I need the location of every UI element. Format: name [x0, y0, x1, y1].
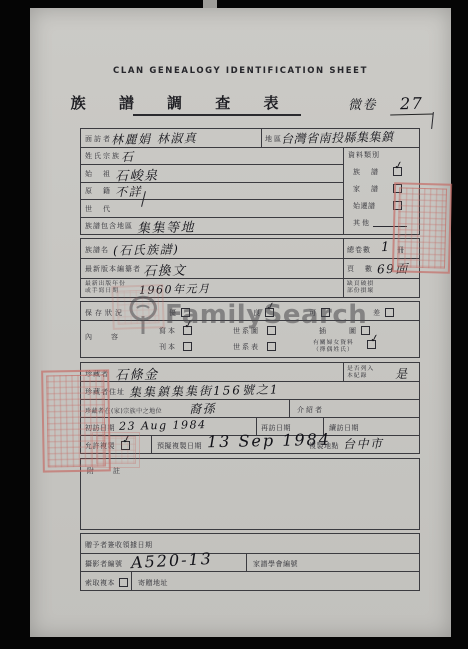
field-copy-place-value: 台中市 — [343, 435, 384, 453]
option-poor-checkbox — [385, 308, 394, 317]
field-origin-label: 原 籍 — [85, 186, 112, 196]
field-title-label: 族譜名 — [85, 245, 109, 255]
red-seal-stamp-right — [392, 182, 452, 273]
option-poor-label: 差 — [373, 308, 382, 318]
field-copy-date-label: 預擬複製日期 — [157, 441, 202, 451]
field-mailing-address-label: 寄贈地址 — [138, 578, 168, 588]
field-position-value: 裔孫 — [189, 400, 216, 418]
scanned-page: CLAN GENEALOGY IDENTIFICATION SHEET 族 譜 … — [0, 0, 468, 649]
damage-label-line1: 缺頁破損 — [347, 281, 374, 287]
field-founder-label: 始 祖 — [85, 169, 112, 179]
field-damage-label: 缺頁破損部份損壞 — [347, 281, 374, 294]
field-address-value: 集集鎮集集街156號之1 — [129, 380, 280, 400]
row-divider — [81, 258, 419, 259]
stamp-pattern — [96, 436, 136, 464]
document-title-english: CLAN GENEALOGY IDENTIFICATION SHEET — [30, 66, 451, 76]
included-label-line2: 本紀錄 — [347, 373, 367, 379]
field-receipt-date-label: 贈予者簽收領據日期 — [85, 540, 153, 550]
field-keeper-value: 石條金 — [115, 364, 159, 384]
column-divider — [131, 571, 132, 590]
row-divider — [81, 217, 343, 218]
section-processing: 贈予者簽收領據日期 攝影者編號 A520-13 家譜學會編號 索取複本 寄贈地址 — [80, 533, 420, 591]
field-coverage-value: 集集等地 — [137, 216, 195, 236]
category-shiqian-label: 始遷譜 — [353, 201, 376, 211]
document-paper: CLAN GENEALOGY IDENTIFICATION SHEET 族 譜 … — [30, 8, 451, 637]
stamp-pattern — [116, 289, 159, 324]
field-copy-place-label: 複製地點 — [309, 441, 339, 451]
column-divider — [343, 239, 344, 297]
item-table-checkbox — [267, 342, 276, 351]
column-divider — [343, 147, 344, 235]
column-divider — [246, 553, 247, 572]
field-area-value: 台灣省南投縣集集鎮 — [281, 128, 394, 147]
field-coverage-label: 族譜包含地區 — [85, 221, 133, 231]
field-included-label: 是否列入本紀錄 — [347, 366, 374, 379]
field-first-visit-value: 23 Aug 1984 — [119, 418, 207, 433]
category-jiapu-label: 家 譜 — [353, 184, 380, 194]
field-pages-label: 頁 數 — [347, 264, 374, 274]
section-identification: 面訪者 林麗娟 林淑真 地區 台灣省南投縣集集鎮 姓氏宗族 石 始 祖 石峻泉 … — [80, 128, 420, 235]
field-editor-label: 最新版本編纂者 — [85, 264, 141, 274]
item-print-checkbox — [183, 342, 192, 351]
column-divider — [343, 363, 344, 381]
field-founder-value: 石峻泉 — [115, 165, 159, 185]
item-print-label: 刊本 — [159, 342, 177, 352]
field-surname-value: 石 — [121, 148, 135, 165]
field-interviewer-value: 林麗娟 林淑真 — [111, 129, 198, 148]
field-editor-value: 石換文 — [143, 260, 187, 280]
field-introducer-label: 介紹者 — [297, 405, 324, 415]
watermark-text: FamilySearch — [165, 300, 367, 330]
field-surname-label: 姓氏宗族 — [85, 151, 121, 161]
copy-request-checkbox — [119, 578, 128, 587]
field-origin-value: 不詳 — [115, 183, 142, 201]
column-divider — [151, 435, 152, 453]
film-notch — [203, 0, 217, 8]
row-divider — [81, 417, 419, 418]
title-underline — [133, 114, 301, 116]
damage-label-line2: 部份損壞 — [347, 288, 374, 294]
field-title-value: (石氏族譜) — [113, 240, 180, 258]
category-other-label: 其他 — [353, 218, 371, 228]
column-divider — [261, 129, 262, 147]
microfilm-annotation: 微卷 27 — [348, 94, 433, 115]
category-zupu-checkmark: ✓ — [393, 158, 404, 172]
red-seal-stamp-fragment — [92, 432, 140, 468]
content-label: 內 容 — [85, 332, 124, 342]
included-label-line1: 是否列入 — [347, 366, 374, 372]
red-seal-stamp-faint — [111, 284, 165, 330]
section-notes: 附 註 — [80, 458, 420, 530]
women-label-line2: （擇偶姓氏） — [313, 347, 354, 353]
row-divider — [81, 278, 419, 279]
field-photographer-value: A520-13 — [131, 549, 214, 572]
field-photographer-label: 攝影者編號 — [85, 559, 123, 569]
field-generations-label: 世 代 — [85, 204, 112, 214]
item-women-label: 有關婦女資料（擇偶姓氏） — [313, 340, 354, 353]
field-volumes-value: 1 — [381, 240, 391, 255]
field-volumes-label: 總卷數 — [347, 245, 371, 255]
category-label: 資料類別 — [348, 150, 380, 160]
field-interviewer-label: 面訪者 — [85, 134, 112, 144]
stamp-pattern — [397, 187, 447, 268]
field-society-number-label: 家譜學會編號 — [253, 559, 298, 569]
item-table-label: 世系表 — [233, 342, 260, 352]
annotation-text: 微卷 — [348, 94, 377, 114]
document-title-chinese: 族 譜 調 查 表 — [30, 92, 333, 113]
women-label-line1: 有關婦女資料 — [313, 340, 354, 346]
column-divider — [289, 399, 290, 417]
item-women-checkmark: ✓ — [369, 331, 380, 345]
category-zupu-label: 族 譜 — [353, 167, 380, 177]
field-copy-request-label: 索取複本 — [85, 578, 115, 588]
field-included-value: 是 — [395, 365, 409, 382]
annotation-number: 27 — [390, 94, 434, 116]
field-followup-visit-label: 續訪日期 — [329, 423, 359, 433]
